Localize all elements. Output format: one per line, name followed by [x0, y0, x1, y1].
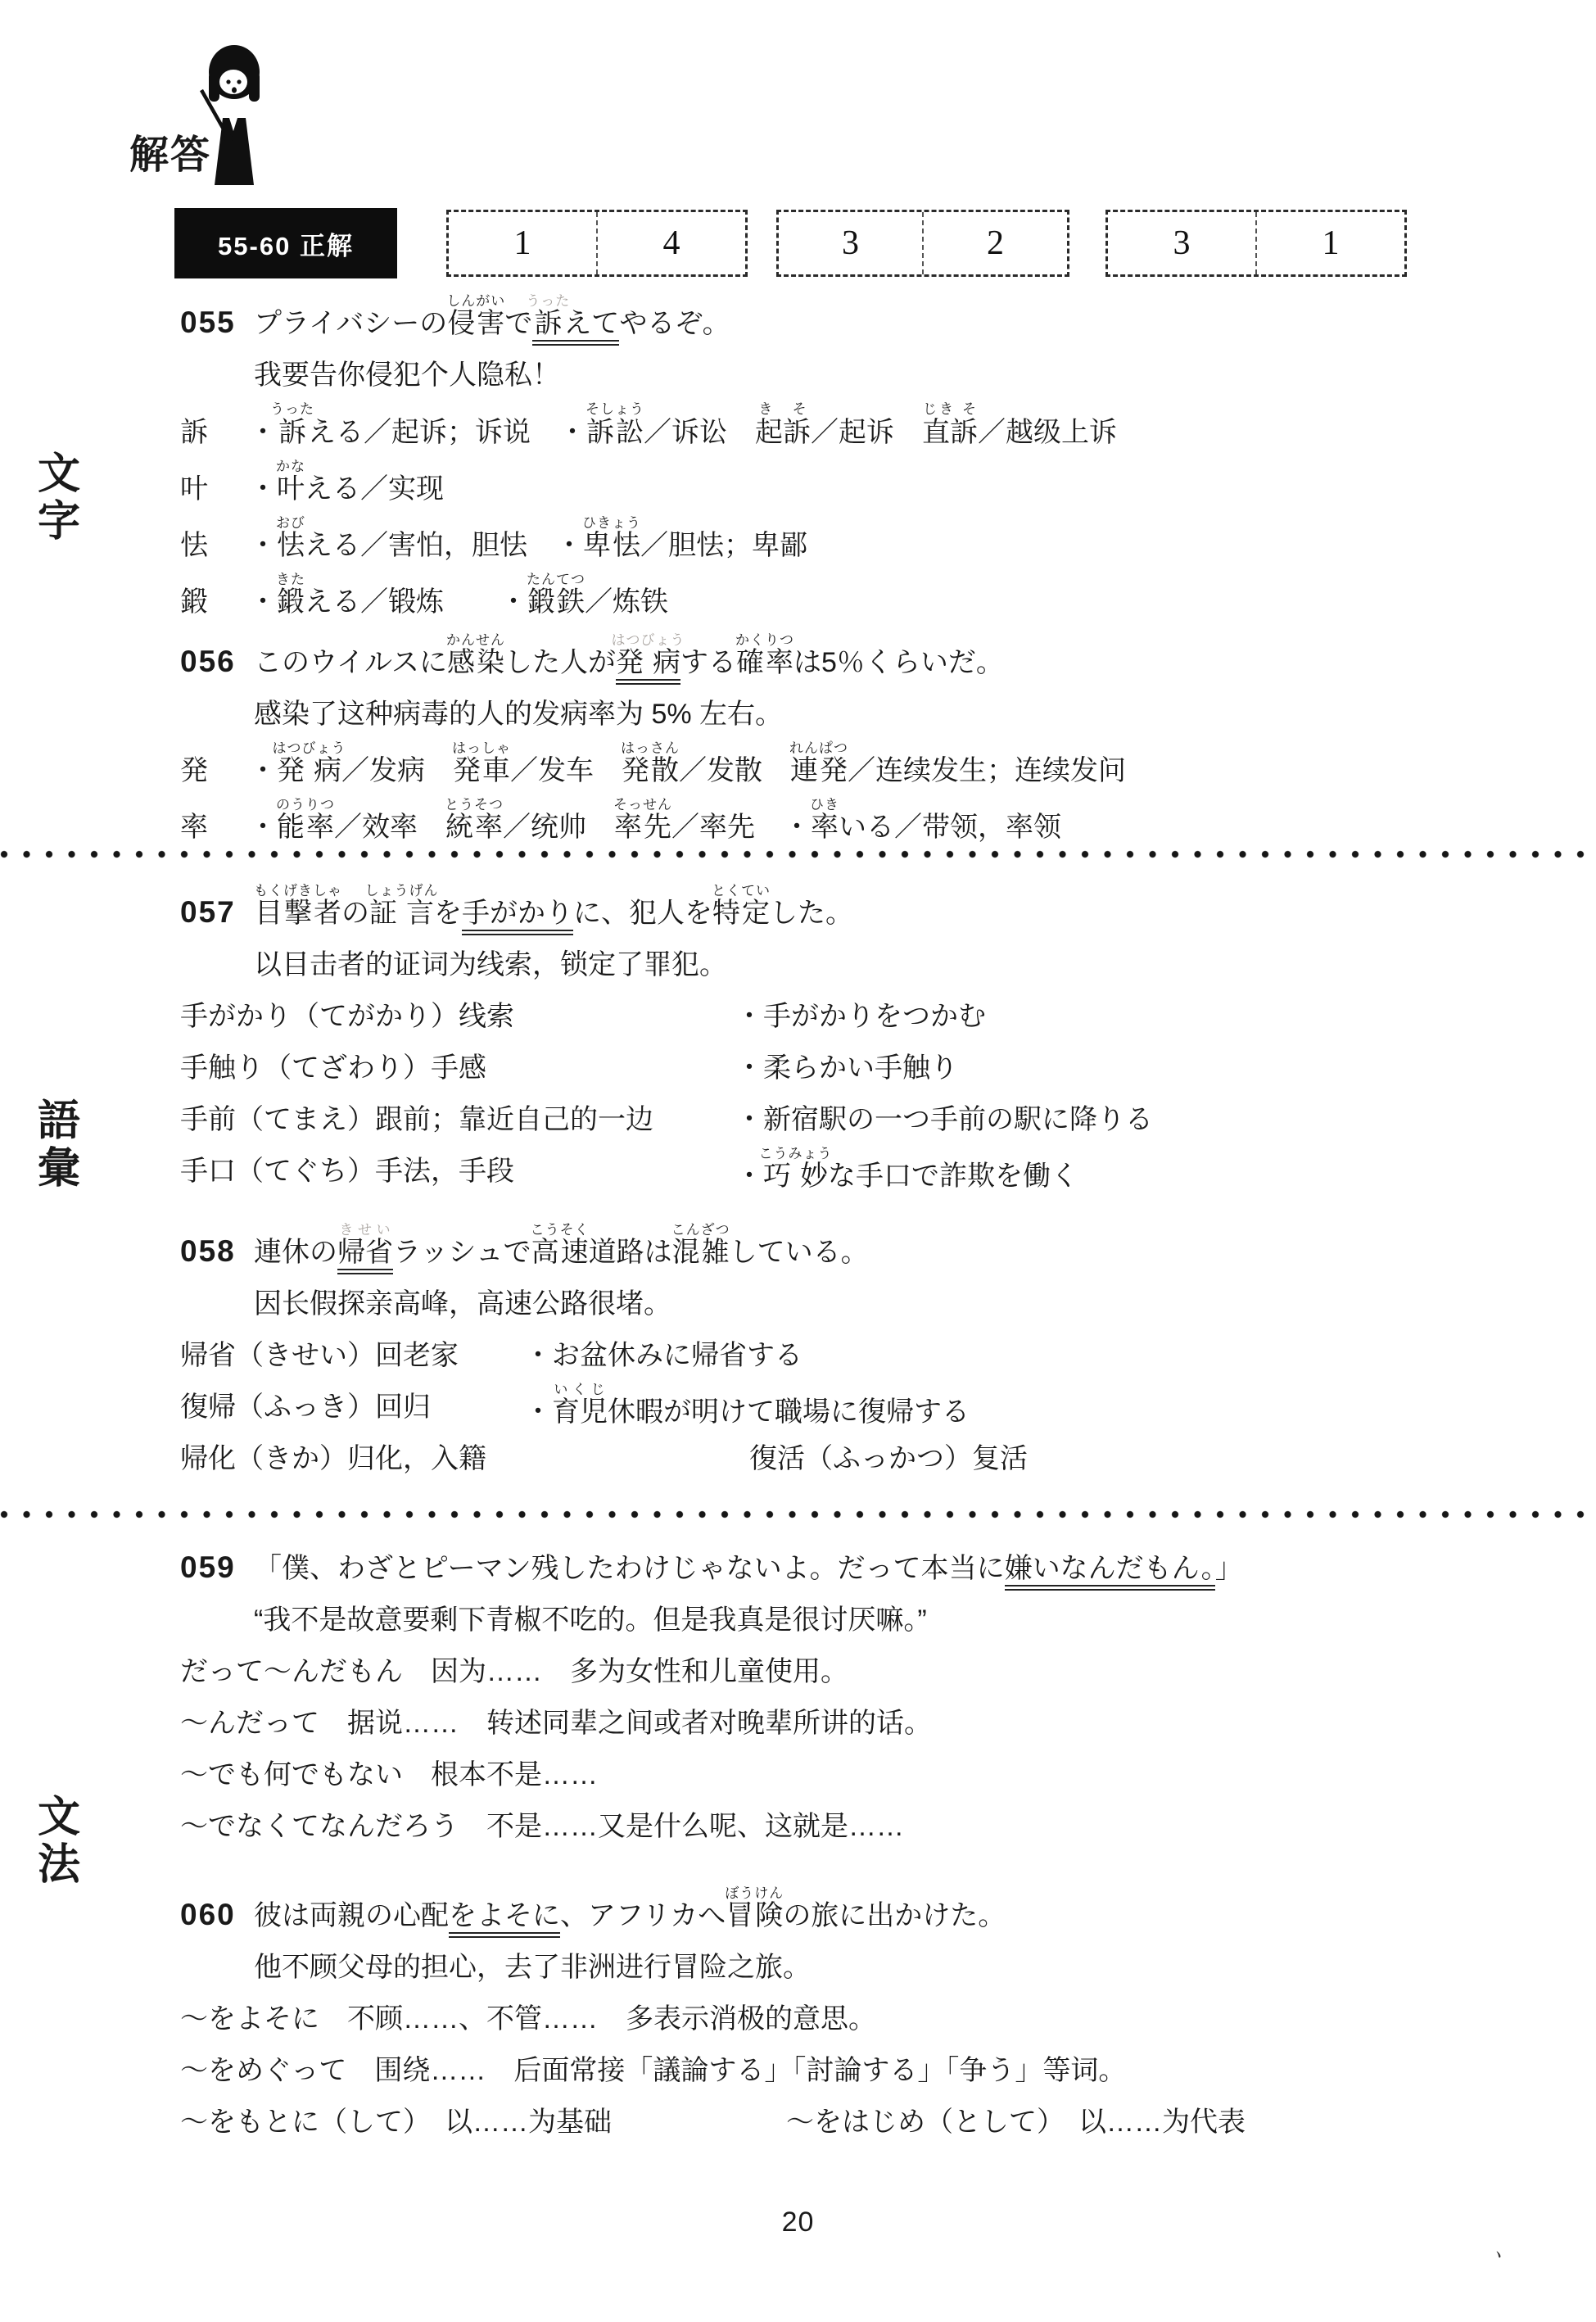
- grammar-note-line: ～でなくてなんだろう 不是……又是什么呢、这就是……: [180, 1801, 1556, 1853]
- underlined-term: 訴うった: [532, 308, 563, 346]
- text-segment: ・: [249, 530, 277, 561]
- text-segment: ／连续发生；连续发问: [848, 755, 1126, 786]
- underlined-term: えて: [563, 308, 619, 346]
- text-segment: プライバシーの: [254, 308, 447, 339]
- dotted-separator: [0, 1510, 1596, 1519]
- furigana: そしょう: [586, 401, 644, 417]
- furigana: はっさん: [621, 740, 680, 756]
- text-segment: 特定とくてい: [712, 898, 770, 929]
- text-segment: ／炼铁: [585, 586, 668, 618]
- text-segment: ・: [249, 586, 277, 618]
- text-segment: ・柔らかい手触り: [735, 1052, 958, 1084]
- cn-translation-line: 感染了这种病毒的人的发病率为 5% 左右。: [180, 689, 1556, 740]
- answer-range-badge: 55-60 正解: [176, 210, 396, 277]
- section-057: 057目撃者もくげきしゃの証言しょうげんを手がかりに、犯人を特定とくていした。以…: [180, 883, 1556, 1197]
- answer-box-3: 3 1: [1105, 210, 1407, 277]
- text-segment: 手がかり（てがかり）线索: [180, 1001, 514, 1032]
- text-segment: 統率とうそつ: [445, 812, 503, 843]
- text-segment: に、犯人を: [573, 898, 712, 929]
- left-entry: 手がかり（てがかり）线索: [180, 1001, 514, 1032]
- grammar-note-line: ～んだって 据说…… 转述同辈之间或者对晚辈所讲的话。: [180, 1698, 1556, 1749]
- cn-translation-line: 以目击者的证词为线索，锁定了罪犯。: [180, 939, 1556, 991]
- text-segment: ～んだって 据说…… 转述同辈之间或者对晚辈所讲的话。: [180, 1708, 932, 1739]
- furigana: かな: [276, 459, 305, 474]
- furigana: はつびょう: [611, 632, 685, 648]
- text-segment: ／越级上诉: [978, 417, 1117, 448]
- cn-translation: 因长假探亲高峰，高速公路很堵。: [254, 1288, 671, 1319]
- cn-translation-line: “我不是故意要剩下青椒不吃的。但是我真是很讨厌嘛。”: [180, 1595, 1556, 1646]
- text-segment: ・: [249, 812, 277, 843]
- furigana: きせい: [337, 1222, 393, 1238]
- text-segment: ／发散: [679, 755, 790, 786]
- text-segment: 冒険ぼうけん: [726, 1900, 783, 1931]
- underlined-term: 嫌いなんだもん。: [1005, 1553, 1215, 1591]
- furigana: はつびょう: [273, 740, 346, 756]
- text-segment: ～をよそに 不顾……、不管…… 多表示消极的意思。: [180, 2003, 876, 2035]
- cn-translation-line: 因长假探亲高峰，高速公路很堵。: [180, 1279, 1556, 1330]
- furigana: ひき: [810, 797, 839, 812]
- two-column-row: ～をもとに（して） 以……为基础～をはじめ（として） 以……为代表: [180, 2097, 1556, 2148]
- page-number: 20: [0, 2207, 1596, 2238]
- text-segment: 」: [1215, 1553, 1243, 1584]
- jp-sentence-line: 057目撃者もくげきしゃの証言しょうげんを手がかりに、犯人を特定とくていした。: [180, 883, 1556, 939]
- section-055: 055プライバシーの侵害しんがいで訴うったえてやるぞ。我要告你侵犯个人隐私！訴・…: [180, 293, 1556, 628]
- cn-translation: 他不顾父母的担心，去了非洲进行冒险之旅。: [254, 1952, 811, 1983]
- text-segment: 復活（ふっかつ）复活: [749, 1443, 1028, 1474]
- left-entry: 帰省（きせい）回老家: [180, 1340, 459, 1371]
- text-segment: 能率のうりつ: [277, 812, 334, 843]
- text-segment: ・手がかりをつかむ: [735, 1001, 986, 1032]
- two-column-row: 手口（てぐち）手法，手段・巧妙こうみょうな手口で詐欺を働く: [180, 1146, 1556, 1197]
- cn-translation-line: 他不顾父母的担心，去了非洲进行冒险之旅。: [180, 1942, 1556, 1994]
- text-segment: 彼は両親の心配: [254, 1900, 449, 1931]
- answer-cell: 2: [922, 212, 1067, 274]
- margin-label-moji: 文字: [38, 450, 85, 545]
- text-segment: 訴訟そしょう: [586, 417, 644, 448]
- jp-sentence-line: 056このウイルスに感染かんせんした人が発病はつびょうする確率かくりつは5％くら…: [180, 632, 1556, 689]
- text-segment: ・新宿駅の一つ手前の駅に降りる: [735, 1104, 1153, 1135]
- two-column-row: 手触り（てざわり）手感・柔らかい手触り: [180, 1043, 1556, 1094]
- text-segment: 侵害しんがい: [447, 308, 504, 339]
- grammar-note-line: ～をめぐって 围绕…… 后面常接「議論する」「討論する」「争う」等词。: [180, 2045, 1556, 2097]
- furigana: れんぱつ: [789, 740, 848, 756]
- text-segment: 高速こうそく: [531, 1237, 589, 1268]
- right-entry: ・お盆休みに帰省する: [524, 1330, 803, 1382]
- furigana: はっしゃ: [452, 740, 511, 756]
- underlined-term: 手がかり: [462, 898, 573, 935]
- text-segment: 怯おび: [277, 530, 305, 561]
- underlined-term: 帰省きせい: [337, 1237, 393, 1274]
- furigana: きた: [276, 572, 305, 587]
- text-segment: 手口（てぐち）手法，手段: [180, 1156, 514, 1187]
- answer-cell: 1: [1255, 212, 1404, 274]
- scanned-textbook-page: { "page": { "header": { "label": "解答" },…: [0, 0, 1596, 2322]
- text-segment: の旅に出かけた。: [783, 1900, 1006, 1931]
- section-060: 060彼は両親の心配をよそに、アフリカへ冒険ぼうけんの旅に出かけた。他不顾父母的…: [180, 1885, 1556, 2148]
- text-segment: 育児いくじ: [552, 1396, 608, 1428]
- furigana: かんせん: [446, 632, 505, 648]
- cn-translation-line: 我要告你侵犯个人隐私！: [180, 350, 1556, 401]
- text-segment: 復帰（ふっき）回归: [180, 1392, 431, 1423]
- left-entry: 手口（てぐち）手法，手段: [180, 1156, 514, 1187]
- text-segment: ～をはじめ（として） 以……为代表: [786, 2107, 1246, 2138]
- jp-sentence-line: 060彼は両親の心配をよそに、アフリカへ冒険ぼうけんの旅に出かけた。: [180, 1885, 1556, 1942]
- text-segment: ／发病: [341, 755, 453, 786]
- furigana: とくてい: [712, 883, 771, 898]
- answer-cell: 1: [449, 212, 596, 274]
- text-segment: やるぞ。: [619, 308, 730, 339]
- right-entry: ・手がかりをつかむ: [735, 991, 986, 1043]
- text-segment: いる／带领，率领: [839, 812, 1061, 843]
- kanji-vocab-row: 鍛・鍛きたえる／锻炼 ・鍛鉄たんてつ／炼铁: [180, 572, 1556, 628]
- section-number: 056: [180, 636, 254, 687]
- text-segment: ～でなくてなんだろう 不是……又是什么呢、这就是……: [180, 1811, 904, 1842]
- text-segment: える／锻炼 ・: [305, 586, 527, 618]
- left-entry: 帰化（きか）归化，入籍: [180, 1443, 486, 1474]
- text-segment: ～をもとに（して） 以……为基础: [180, 2107, 612, 2138]
- kanji-vocab-row: 訴・訴うったえる／起诉；诉说 ・訴訟そしょう／诉讼 起訴き そ／起诉 直訴じき …: [180, 401, 1556, 459]
- text-segment: 確率かくりつ: [736, 647, 793, 678]
- text-segment: ・お盆休みに帰省する: [524, 1340, 803, 1371]
- text-segment: 直訴じき そ: [922, 417, 978, 448]
- text-segment: ／诉讼: [644, 417, 755, 448]
- text-segment: える／起诉；诉说 ・: [308, 417, 586, 448]
- two-column-row: 帰化（きか）归化，入籍復活（ふっかつ）复活: [180, 1433, 1556, 1485]
- section-number: 057: [180, 886, 254, 938]
- kanji-vocab-row: 発・発病はつびょう／发病 発車はっしゃ／发车 発散はっさん／发散 連発れんぱつ／…: [180, 740, 1556, 797]
- section-number: 060: [180, 1889, 254, 1940]
- text-segment: ／起诉: [811, 417, 922, 448]
- text-segment: 目撃者もくげきしゃ: [254, 898, 341, 929]
- text-segment: 卑怯ひきょう: [583, 530, 640, 561]
- answer-cell: 4: [596, 212, 745, 274]
- text-segment: ～をめぐって 围绕…… 后面常接「議論する」「討論する」「争う」等词。: [180, 2055, 1126, 2086]
- kanji-vocab-row: 叶・叶かなえる／实现: [180, 459, 1556, 515]
- section-058: 058連休の帰省きせいラッシュで高速こうそく道路は混雑こんざつしている。因长假探…: [180, 1222, 1556, 1485]
- kanji-vocab-row: 怯・怯おびえる／害怕，胆怯 ・卑怯ひきょう／胆怯；卑鄙: [180, 515, 1556, 572]
- text-segment: 鍛鉄たんてつ: [527, 586, 585, 618]
- furigana: こうそく: [531, 1222, 590, 1238]
- text-segment: 訴うった: [277, 417, 308, 448]
- section-number: 058: [180, 1225, 254, 1277]
- underlined-term: をよそに: [449, 1900, 560, 1938]
- grammar-note-line: ～でも何でもない 根本不是……: [180, 1749, 1556, 1801]
- margin-label-bunpou: 文法: [38, 1794, 85, 1889]
- text-segment: ／效率: [334, 812, 445, 843]
- text-segment: ラッシュで: [393, 1237, 531, 1268]
- text-segment: 連休の: [254, 1237, 337, 1268]
- right-entry: 復活（ふっかつ）复活: [749, 1433, 1028, 1485]
- text-segment: 発病はつびょう: [277, 755, 341, 786]
- text-segment: 鍛きた: [277, 586, 305, 618]
- furigana: じき そ: [922, 401, 978, 417]
- furigana: うった: [526, 293, 570, 309]
- text-segment: 手触り（てざわり）手感: [180, 1052, 486, 1084]
- text-segment: ・: [249, 473, 277, 505]
- text-segment: した人が: [504, 647, 616, 678]
- kanji-label: 鍛: [180, 577, 249, 628]
- section-number: 055: [180, 296, 254, 348]
- text-segment: 率先そっせん: [614, 812, 671, 843]
- text-segment: ／统帅: [503, 812, 614, 843]
- furigana: しんがい: [446, 293, 505, 309]
- text-segment: ・: [524, 1396, 552, 1428]
- kanji-label: 訴: [180, 407, 249, 459]
- left-entry: 復帰（ふっき）回归: [180, 1392, 431, 1423]
- text-segment: している。: [730, 1237, 869, 1268]
- text-segment: 道路は: [589, 1237, 672, 1268]
- text-segment: 感染かんせん: [447, 647, 504, 678]
- text-segment: 休暇が明けて職場に復帰する: [608, 1396, 970, 1428]
- text-segment: 発散はっさん: [622, 755, 679, 786]
- furigana: たんてつ: [527, 572, 586, 587]
- text-segment: 連発れんぱつ: [790, 755, 848, 786]
- text-segment: ／发车: [510, 755, 622, 786]
- furigana: こうみょう: [759, 1146, 833, 1161]
- text-segment: える／实现: [305, 473, 444, 505]
- furigana: うった: [270, 401, 314, 417]
- furigana: いくじ: [552, 1382, 608, 1397]
- furigana: のうりつ: [276, 797, 335, 812]
- furigana: ぼうけん: [725, 1885, 784, 1901]
- furigana: かくりつ: [735, 632, 794, 648]
- section-number: 059: [180, 1541, 254, 1593]
- furigana: き そ: [755, 401, 811, 417]
- text-segment: は5％くらいだ。: [793, 647, 1004, 678]
- cn-translation: 以目击者的证词为线索，锁定了罪犯。: [254, 949, 727, 980]
- text-segment: した。: [770, 898, 853, 929]
- section-059: 059「僕、わざとピーマン残したわけじゃないよ。だって本当に嫌いなんだもん。」“…: [180, 1541, 1556, 1853]
- text-segment: 巧妙こうみょう: [763, 1161, 828, 1192]
- right-entry: ・育児いくじ休暇が明けて職場に復帰する: [524, 1382, 970, 1438]
- answer-cell: 3: [779, 212, 922, 274]
- left-entry: 手前（てまえ）跟前；靠近自己的一边: [180, 1104, 653, 1135]
- two-column-row: 帰省（きせい）回老家・お盆休みに帰省する: [180, 1330, 1556, 1382]
- kanji-label: 発: [180, 745, 249, 797]
- text-segment: 叶かな: [277, 473, 305, 505]
- two-column-row: 手前（てまえ）跟前；靠近自己的一边・新宿駅の一つ手前の駅に降りる: [180, 1094, 1556, 1146]
- text-segment: を: [434, 898, 462, 929]
- answer-box-1: 1 4: [446, 210, 748, 277]
- text-segment: ／胆怯；卑鄙: [640, 530, 807, 561]
- text-segment: する: [680, 647, 736, 678]
- text-segment: える／害怕，胆怯 ・: [305, 530, 583, 561]
- text-segment: な手口で詐欺を働く: [828, 1161, 1078, 1192]
- cn-translation: “我不是故意要剩下青椒不吃的。但是我真是很讨厌嘛。”: [254, 1605, 927, 1636]
- text-segment: 、アフリカへ: [560, 1900, 726, 1931]
- furigana: ひきょう: [582, 515, 641, 531]
- cn-translation: 感染了这种病毒的人的发病率为 5% 左右。: [254, 699, 783, 730]
- kanji-vocab-row: 率・能率のうりつ／效率 統率とうそつ／统帅 率先そっせん／率先 ・率ひきいる／带…: [180, 797, 1556, 853]
- left-entry: ～をもとに（して） 以……为基础: [180, 2107, 612, 2138]
- right-entry: ～をはじめ（として） 以……为代表: [786, 2097, 1246, 2148]
- kanji-label: 怯: [180, 520, 249, 572]
- text-segment: 帰化（きか）归化，入籍: [180, 1443, 486, 1474]
- answer-box-2: 3 2: [776, 210, 1069, 277]
- furigana: こんざつ: [671, 1222, 730, 1238]
- furigana: もくげきしゃ: [254, 883, 342, 898]
- furigana: しょうげん: [365, 883, 439, 898]
- answer-cell: 3: [1108, 212, 1255, 274]
- text-segment: ～でも何でもない 根本不是……: [180, 1759, 598, 1790]
- left-entry: 手触り（てざわり）手感: [180, 1052, 486, 1084]
- text-segment: 手前（てまえ）跟前；靠近自己的一边: [180, 1104, 653, 1135]
- grammar-note-line: ～をよそに 不顾……、不管…… 多表示消极的意思。: [180, 1994, 1556, 2045]
- text-segment: 起訴き そ: [755, 417, 811, 448]
- right-entry: ・新宿駅の一つ手前の駅に降りる: [735, 1094, 1153, 1146]
- two-column-row: 復帰（ふっき）回归・育児いくじ休暇が明けて職場に復帰する: [180, 1382, 1556, 1433]
- section-056: 056このウイルスに感染かんせんした人が発病はつびょうする確率かくりつは5％くら…: [180, 632, 1556, 853]
- text-segment: だって～んだもん 因为…… 多为女性和儿童使用。: [180, 1656, 848, 1687]
- kanji-label: 率: [180, 802, 249, 853]
- text-segment: 率ひき: [811, 812, 839, 843]
- furigana: おび: [276, 515, 305, 531]
- jp-sentence-line: 059「僕、わざとピーマン残したわけじゃないよ。だって本当に嫌いなんだもん。」: [180, 1541, 1556, 1595]
- right-entry: ・巧妙こうみょうな手口で詐欺を働く: [735, 1146, 1078, 1202]
- text-segment: 混雑こんざつ: [672, 1237, 730, 1268]
- jp-sentence-line: 055プライバシーの侵害しんがいで訴うったえてやるぞ。: [180, 293, 1556, 350]
- kanji-label: 叶: [180, 464, 249, 515]
- grammar-note-line: だって～んだもん 因为…… 多为女性和儿童使用。: [180, 1646, 1556, 1698]
- text-segment: 証言しょうげん: [369, 898, 434, 929]
- furigana: とうそつ: [445, 797, 504, 812]
- jp-sentence-line: 058連休の帰省きせいラッシュで高速こうそく道路は混雑こんざつしている。: [180, 1222, 1556, 1279]
- text-segment: 帰省（きせい）回老家: [180, 1340, 459, 1371]
- underlined-term: 発病はつびょう: [616, 647, 680, 685]
- text-segment: このウイルスに: [254, 647, 447, 678]
- cn-translation: 我要告你侵犯个人隐私！: [254, 360, 560, 391]
- teacher-girl-illustration: [195, 39, 270, 187]
- text-segment: 発車はっしゃ: [453, 755, 510, 786]
- text-segment: 「僕、わざとピーマン残したわけじゃないよ。だって本当に: [254, 1553, 1005, 1584]
- right-entry: ・柔らかい手触り: [735, 1043, 958, 1094]
- two-column-row: 手がかり（てがかり）线索・手がかりをつかむ: [180, 991, 1556, 1043]
- margin-label-goi: 語彙: [38, 1098, 85, 1193]
- text-segment: ／率先 ・: [671, 812, 811, 843]
- furigana: そっせん: [613, 797, 672, 812]
